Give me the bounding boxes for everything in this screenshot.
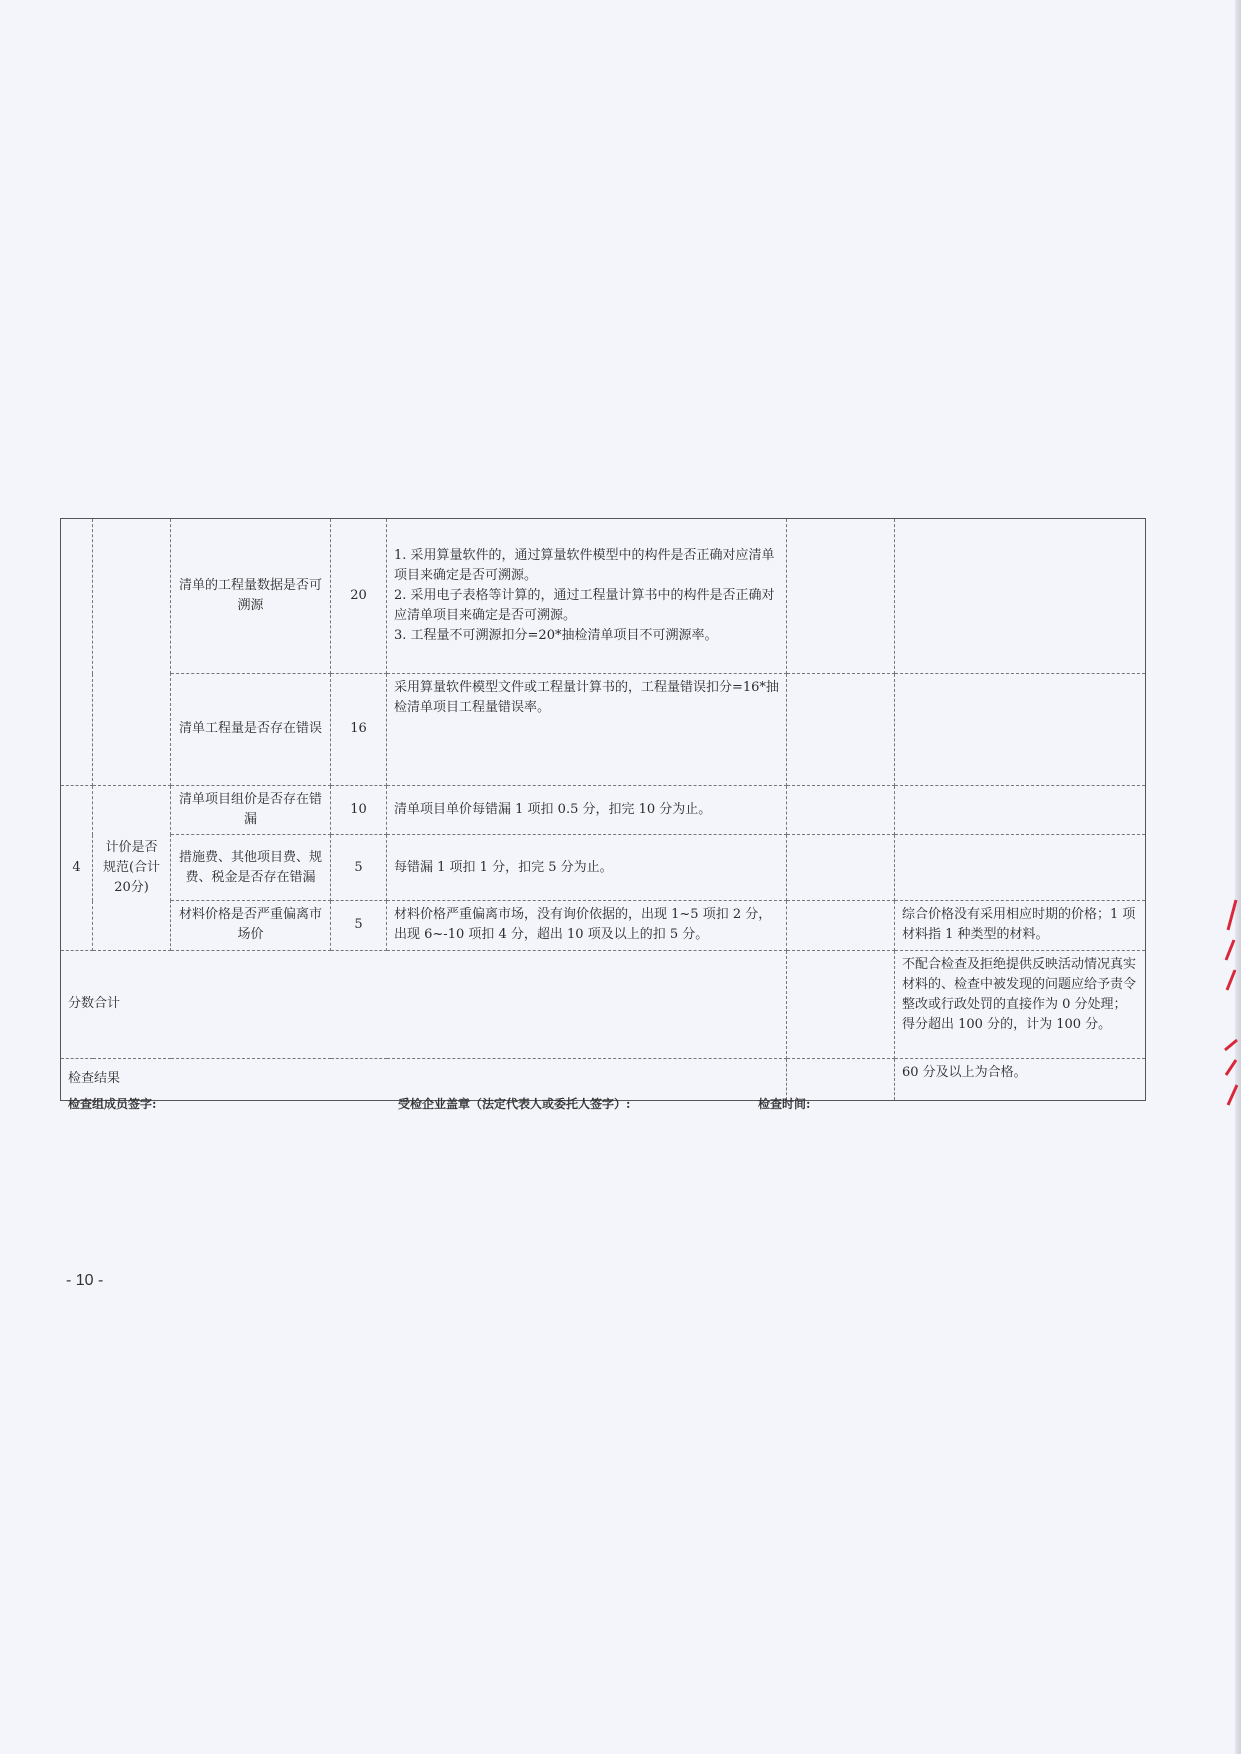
remark-cell [895, 835, 1146, 901]
item-cell: 清单的工程量数据是否可溯源 [171, 519, 331, 674]
total-remark: 不配合检查及拒绝提供反映活动情况真实材料的、检查中被发现的问题应给予责令整改或行… [895, 950, 1146, 1058]
criteria-cell: 每错漏 1 项扣 1 分，扣完 5 分为止。 [387, 835, 787, 901]
remark-cell [895, 674, 1146, 786]
remark-cell: 综合价格没有采用相应时期的价格；1 项材料指 1 种类型的材料。 [895, 901, 1146, 950]
result-row: 检查结果 60 分及以上为合格。 [61, 1058, 1146, 1100]
deduction-cell[interactable] [787, 835, 895, 901]
total-value[interactable] [787, 950, 895, 1058]
result-value[interactable] [787, 1058, 895, 1100]
index-cell: 4 [61, 786, 93, 951]
criteria-cell: 材料价格严重偏离市场，没有询价依据的，出现 1~5 项扣 2 分，出现 6~-1… [387, 901, 787, 950]
item-cell: 清单工程量是否存在错误 [171, 674, 331, 786]
score-cell: 5 [331, 835, 387, 901]
index-cell [61, 519, 93, 786]
score-cell: 16 [331, 674, 387, 786]
item-cell: 材料价格是否严重偏离市场价 [171, 901, 331, 950]
deduction-cell[interactable] [787, 674, 895, 786]
deduction-cell[interactable] [787, 519, 895, 674]
criteria-cell: 1. 采用算量软件的，通过算量软件模型中的构件是否正确对应清单项目来确定是否可溯… [387, 519, 787, 674]
criteria-cell: 采用算量软件模型文件或工程量计算书的，工程量错误扣分=16*抽检清单项目工程量错… [387, 674, 787, 786]
remark-cell [895, 519, 1146, 674]
score-cell: 5 [331, 901, 387, 950]
deduction-cell[interactable] [787, 901, 895, 950]
evaluation-table: 清单的工程量数据是否可溯源 20 1. 采用算量软件的，通过算量软件模型中的构件… [60, 518, 1146, 1101]
total-label: 分数合计 [61, 950, 787, 1058]
table-row: 材料价格是否严重偏离市场价 5 材料价格严重偏离市场，没有询价依据的，出现 1~… [61, 901, 1146, 950]
result-remark: 60 分及以上为合格。 [895, 1058, 1146, 1100]
score-cell: 10 [331, 786, 387, 835]
remark-cell [895, 786, 1146, 835]
page-edge [1235, 0, 1241, 1754]
table-row: 清单工程量是否存在错误 16 采用算量软件模型文件或工程量计算书的，工程量错误扣… [61, 674, 1146, 786]
total-row: 分数合计 不配合检查及拒绝提供反映活动情况真实材料的、检查中被发现的问题应给予责… [61, 950, 1146, 1058]
criteria-cell: 清单项目单价每错漏 1 项扣 0.5 分，扣完 10 分为止。 [387, 786, 787, 835]
page-number: - 10 - [66, 1272, 103, 1290]
item-cell: 清单项目组价是否存在错漏 [171, 786, 331, 835]
category-cell [93, 519, 171, 786]
score-cell: 20 [331, 519, 387, 674]
category-cell: 计价是否规范(合计20分) [93, 786, 171, 951]
item-cell: 措施费、其他项目费、规费、税金是否存在错漏 [171, 835, 331, 901]
inspection-time-label: 检查时间: [758, 1095, 810, 1112]
table-row: 措施费、其他项目费、规费、税金是否存在错漏 5 每错漏 1 项扣 1 分，扣完 … [61, 835, 1146, 901]
table-row: 清单的工程量数据是否可溯源 20 1. 采用算量软件的，通过算量软件模型中的构件… [61, 519, 1146, 674]
inspector-signature-label: 检查组成员签字: [68, 1095, 156, 1112]
result-label: 检查结果 [61, 1058, 787, 1100]
table-row: 4 计价是否规范(合计20分) 清单项目组价是否存在错漏 10 清单项目单价每错… [61, 786, 1146, 835]
red-seal-fragment-icon [1222, 890, 1238, 1130]
deduction-cell[interactable] [787, 786, 895, 835]
company-seal-label: 受检企业盖章（法定代表人或委托人签字）: [398, 1095, 630, 1112]
